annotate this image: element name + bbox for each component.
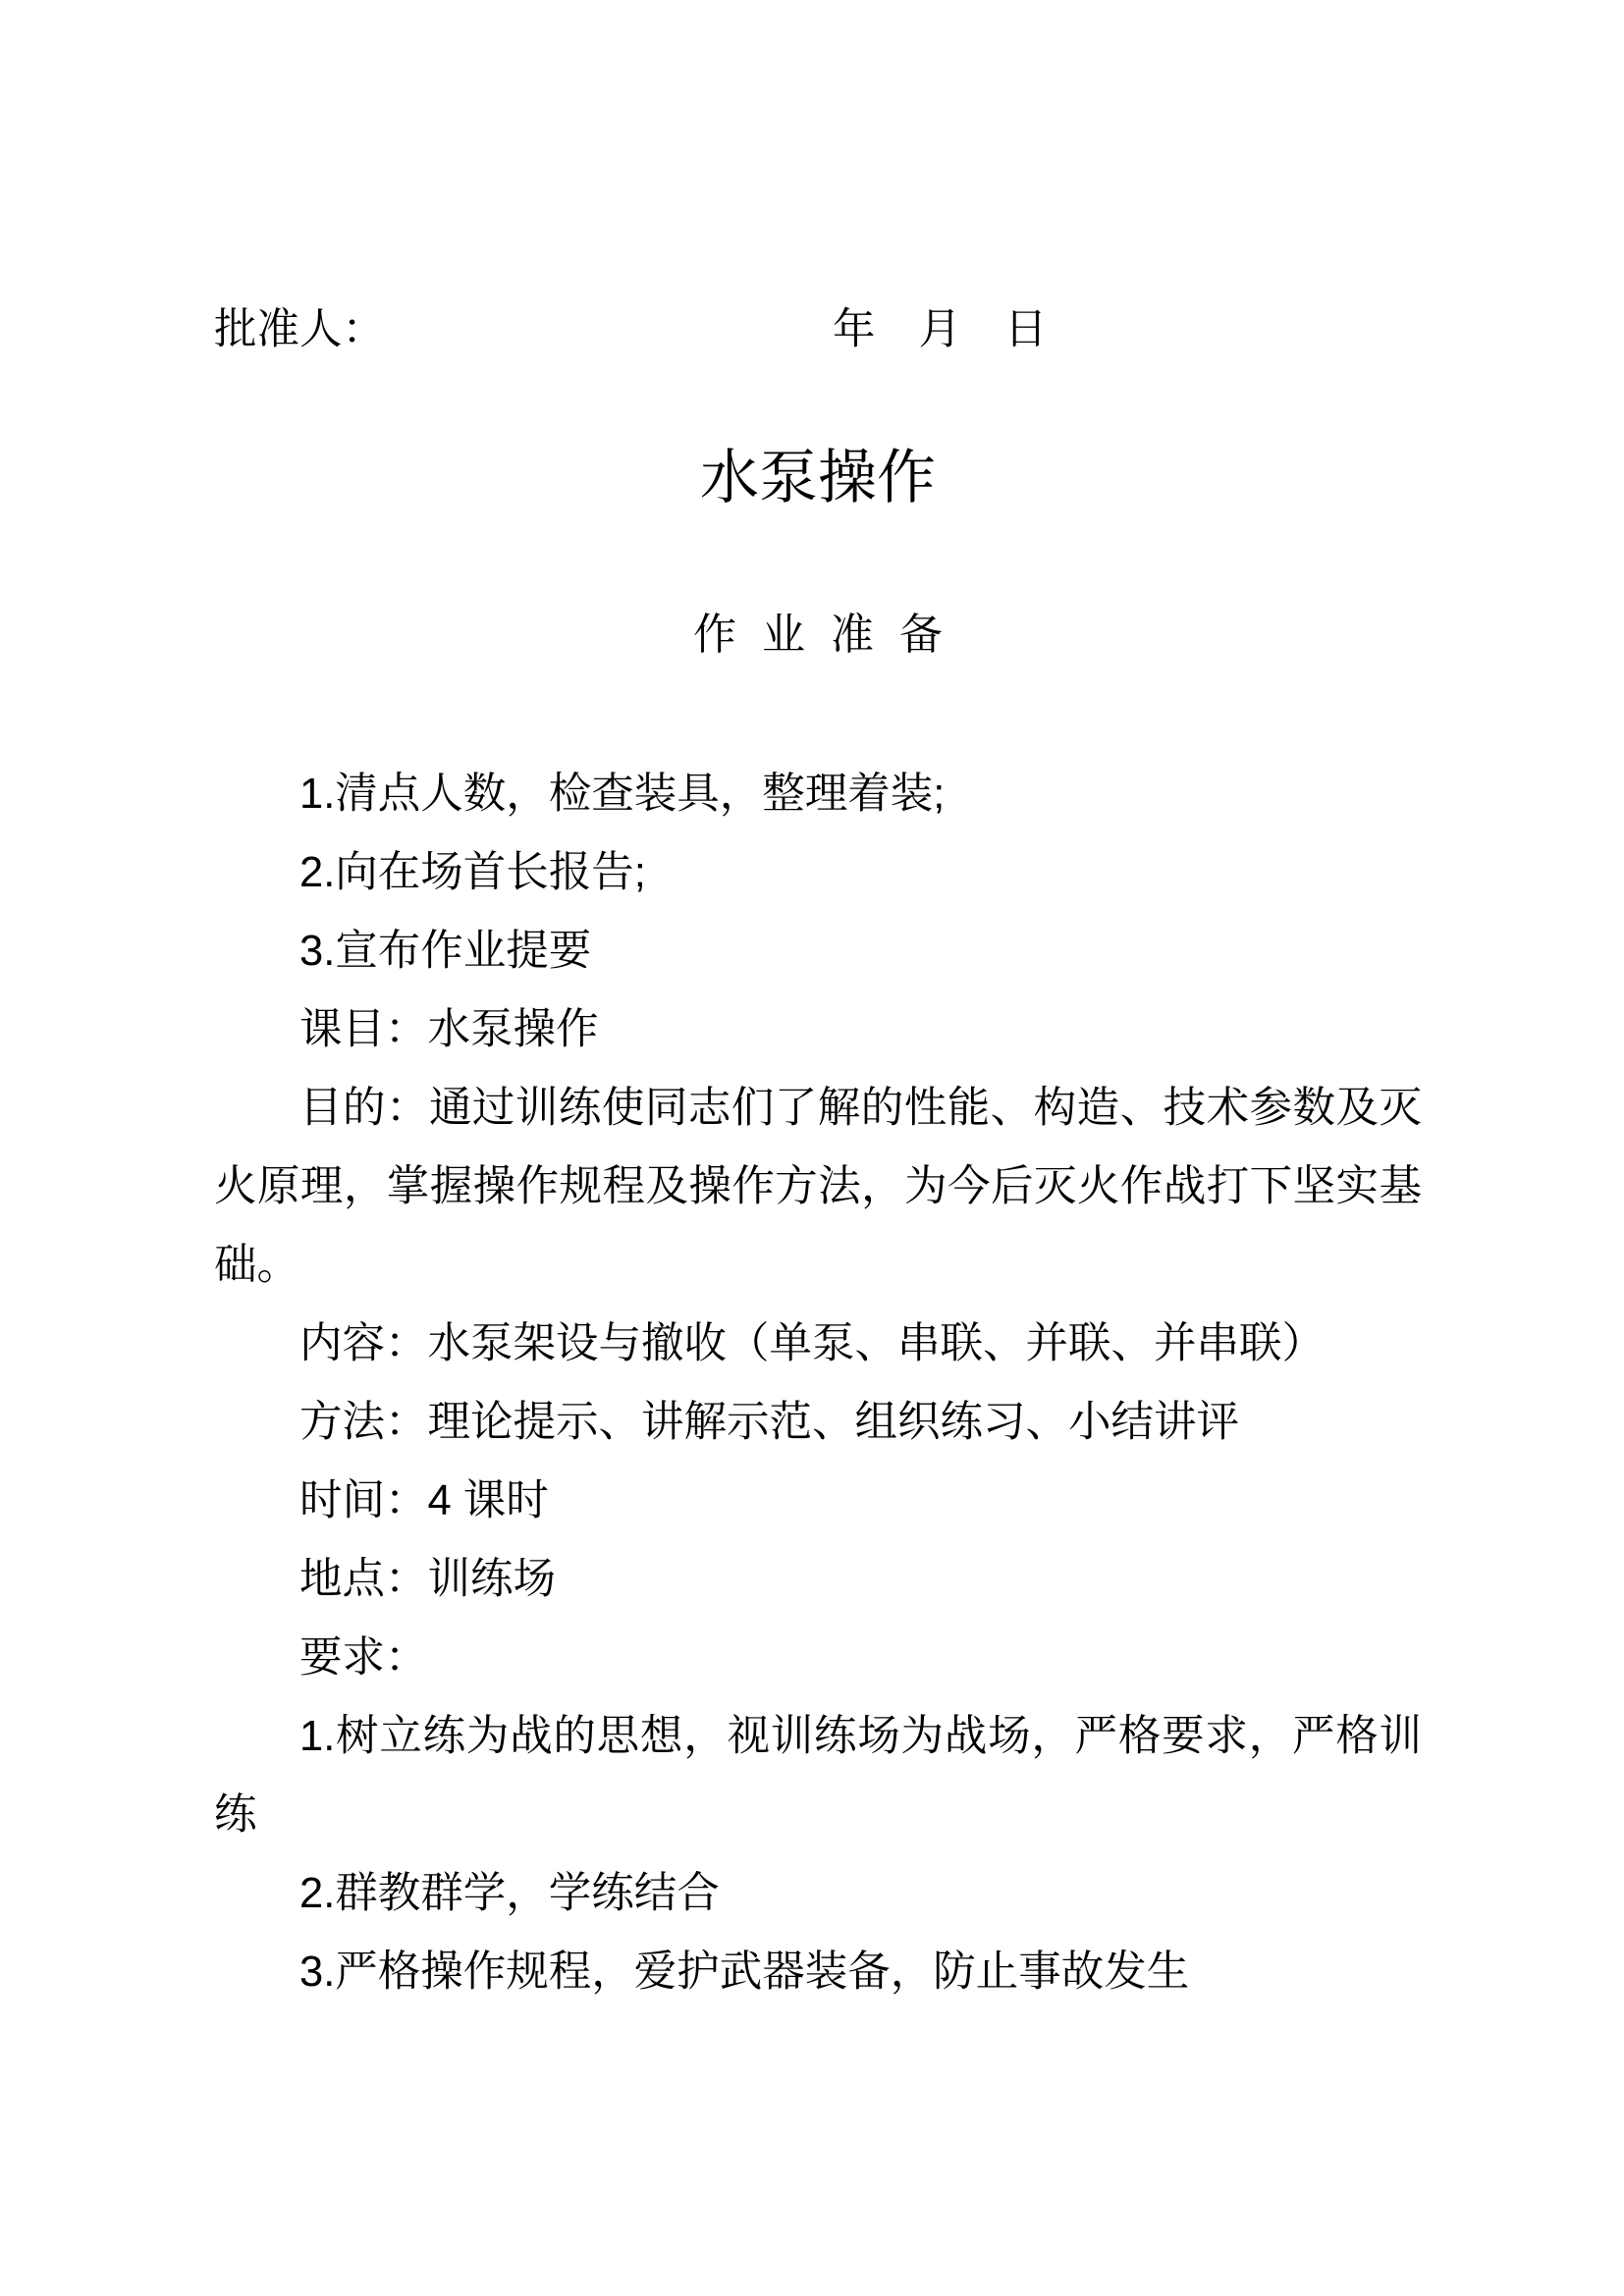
requirements-heading: 要求： <box>214 1619 1422 1697</box>
section-heading-operation-preparation: 作业准备 <box>214 557 1422 714</box>
prep-step-3: 3.宣布作业提要 <box>214 912 1422 990</box>
approver-line: 批准人： 年月日 <box>214 291 1422 369</box>
content-line: 内容：水泵架设与撤收（单泵、串联、并联、并串联） <box>214 1305 1422 1383</box>
location-line: 地点：训练场 <box>214 1540 1422 1619</box>
date-placeholder: 年月日 <box>833 291 1091 369</box>
document-page: 批准人： 年月日 水泵操作 作业准备 1.清点人数，检查装具，整理着装; 2.向… <box>0 0 1624 2296</box>
method-line: 方法：理论提示、讲解示范、组织练习、小结讲评 <box>214 1383 1422 1462</box>
requirement-3: 3.严格操作规程，爱护武器装备，防止事故发生 <box>214 1933 1422 2011</box>
course-subject-line: 课目：水泵操作 <box>214 990 1422 1069</box>
requirement-2: 2.群教群学，学练结合 <box>214 1854 1422 1933</box>
document-body: 1.清点人数，检查装具，整理着装; 2.向在场首长报告; 3.宣布作业提要 课目… <box>214 755 1422 2011</box>
document-title: 水泵操作 <box>214 400 1422 557</box>
approver-label: 批准人： <box>214 306 385 353</box>
requirement-1-line-2: 练 <box>214 1776 1422 1854</box>
prep-step-2: 2.向在场首长报告; <box>214 833 1422 912</box>
purpose-line-2: 火原理，掌握操作规程及操作方法，为今后灭火作战打下坚实基 <box>214 1148 1422 1226</box>
purpose-line-1: 目的：通过训练使同志们了解的性能、构造、技术参数及灭 <box>214 1069 1422 1148</box>
requirement-1-line-1: 1.树立练为战的思想，视训练场为战场，严格要求，严格训 <box>214 1697 1422 1776</box>
time-line: 时间：4 课时 <box>214 1462 1422 1540</box>
purpose-line-3: 础。 <box>214 1226 1422 1305</box>
prep-step-1: 1.清点人数，检查装具，整理着装; <box>214 755 1422 833</box>
